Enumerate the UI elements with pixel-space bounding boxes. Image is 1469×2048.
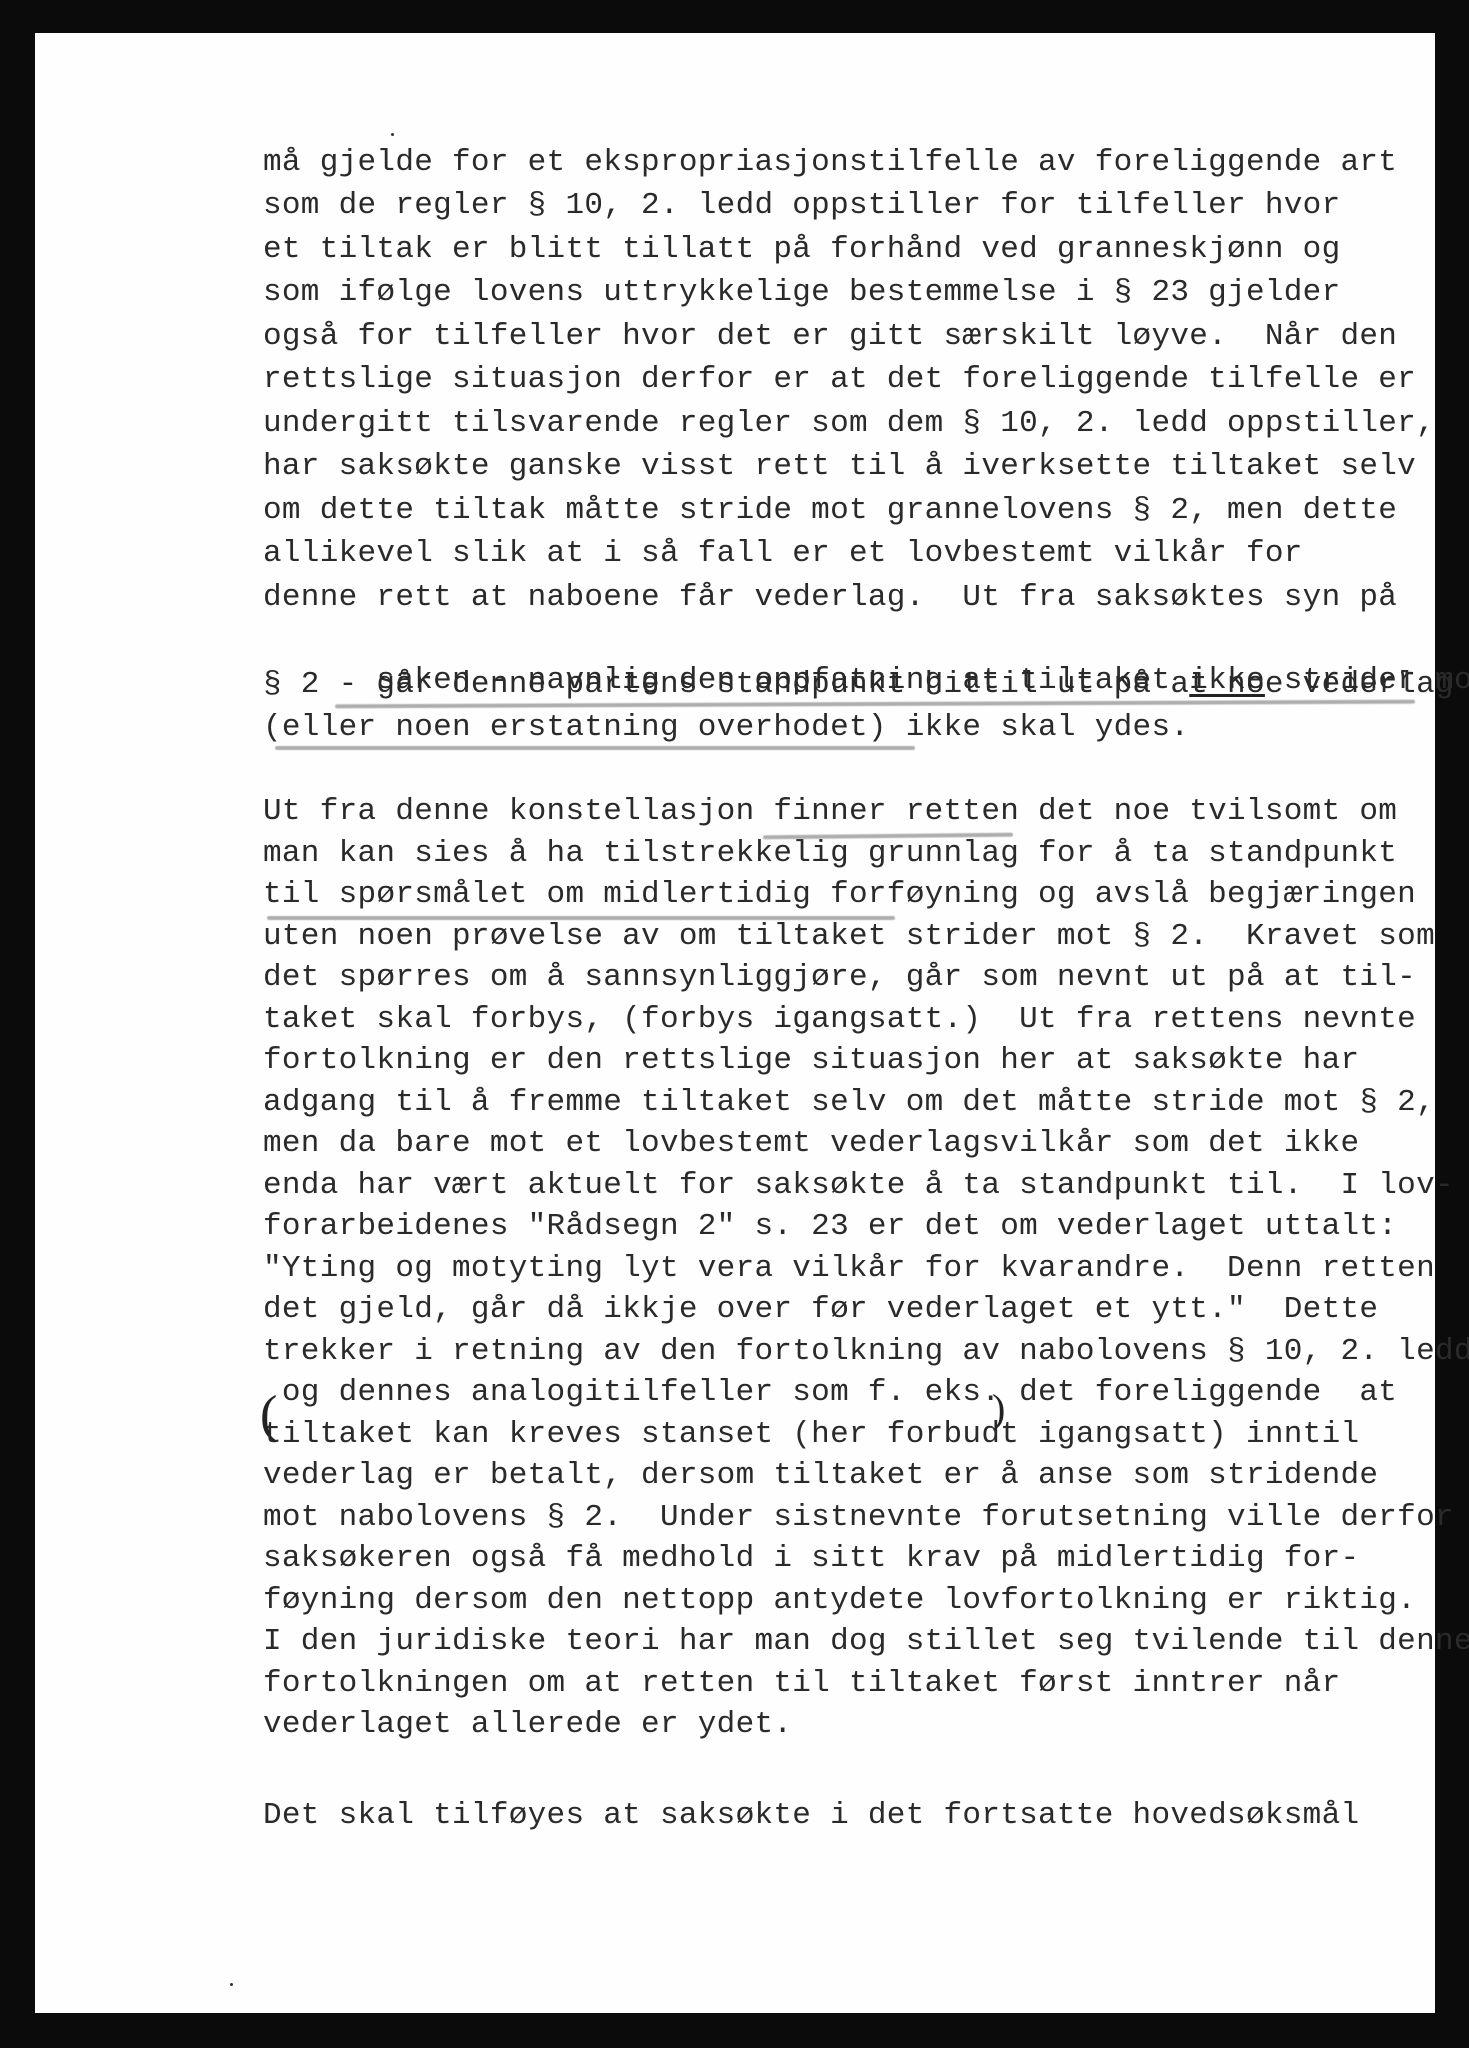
text-line: mot nabolovens § 2. Under sistnevnte for… bbox=[263, 1498, 1454, 1538]
pencil-underline bbox=[267, 916, 895, 920]
text-line: men da bare mot et lovbestemt vederlagsv… bbox=[263, 1124, 1359, 1164]
text-line: I den juridiske teori har man dog stille… bbox=[263, 1622, 1469, 1662]
text-line: allikevel slik at i så fall er et lovbes… bbox=[263, 534, 1303, 574]
text-line: undergitt tilsvarende regler som dem § 1… bbox=[263, 404, 1435, 444]
text-line: vederlag er betalt, dersom tiltaket er å… bbox=[263, 1456, 1378, 1496]
text-line: man kan sies å ha tilstrekkelig grunnlag… bbox=[263, 834, 1397, 874]
text-line: et tiltak er blitt tillatt på forhånd ve… bbox=[263, 230, 1340, 270]
text-line: enda har vært aktuelt for saksøkte å ta … bbox=[263, 1166, 1454, 1206]
text-line: (eller noen erstatning overhodet) ikke s… bbox=[263, 708, 1189, 748]
text-line: har saksøkte ganske visst rett til å ive… bbox=[263, 447, 1416, 487]
paragraph-2: Ut fra denne konstellasjon finner retten… bbox=[263, 792, 339, 1667]
text-line: vederlaget allerede er ydet. bbox=[263, 1705, 792, 1745]
text-line: uten noen prøvelse av om tiltaket stride… bbox=[263, 917, 1435, 957]
text-line: § 2 - går denne partens standpunkt hitti… bbox=[263, 665, 1454, 705]
text-line: som ifølge lovens uttrykkelige bestemmel… bbox=[263, 273, 1340, 313]
text-line: må gjelde for et ekspropriasjonstilfelle… bbox=[263, 143, 1397, 183]
text-line: fortolkning er den rettslige situasjon h… bbox=[263, 1041, 1359, 1081]
text-line: det spørres om å sannsynliggjøre, går so… bbox=[263, 958, 1416, 998]
paragraph-1: må gjelde for et ekspropriasjonstilfelle… bbox=[263, 143, 339, 703]
text-line: og dennes analogitilfeller som f. eks. d… bbox=[263, 1373, 1397, 1413]
stray-mark bbox=[391, 133, 394, 136]
text-line: adgang til å fremme tiltaket selv om det… bbox=[263, 1083, 1435, 1123]
text-line: Ut fra denne konstellasjon finner retten… bbox=[263, 792, 1397, 832]
text-line: trekker i retning av den fortolkning av … bbox=[263, 1332, 1469, 1372]
text-line: også for tilfeller hvor det er gitt særs… bbox=[263, 317, 1397, 357]
pencil-open-parenthesis: ( bbox=[260, 1385, 277, 1444]
text-line: fortolkningen om at retten til tiltaket … bbox=[263, 1664, 1340, 1704]
pencil-close-parenthesis: ) bbox=[992, 1385, 1005, 1432]
text-line: saken - navnlig den oppfatning at tiltak… bbox=[263, 621, 1469, 661]
text-line: det gjeld, går då ikkje over før vederla… bbox=[263, 1290, 1378, 1330]
stray-mark bbox=[230, 1983, 233, 1986]
text-line: som de regler § 10, 2. ledd oppstiller f… bbox=[263, 186, 1340, 226]
text-line: taket skal forbys, (forbys igangsatt.) U… bbox=[263, 1000, 1416, 1040]
text-line: rettslige situasjon derfor er at det for… bbox=[263, 360, 1416, 400]
text-line: til spørsmålet om midlertidig forføyning… bbox=[263, 875, 1416, 915]
text-line: føyning dersom den nettopp antydete lovf… bbox=[263, 1581, 1416, 1621]
pencil-underline bbox=[275, 746, 915, 750]
document-page: må gjelde for et ekspropriasjonstilfelle… bbox=[35, 33, 1435, 2013]
text-line: forarbeidenes "Rådsegn 2" s. 23 er det o… bbox=[263, 1207, 1397, 1247]
text-line: om dette tiltak måtte stride mot grannel… bbox=[263, 491, 1397, 531]
text-line: tiltaket kan kreves stanset (her forbudt… bbox=[263, 1415, 1359, 1455]
text-line: saksøkeren også få medhold i sitt krav p… bbox=[263, 1539, 1359, 1579]
text-line: Det skal tilføyes at saksøkte i det fort… bbox=[263, 1796, 1359, 1836]
text-line: denne rett at naboene får vederlag. Ut f… bbox=[263, 578, 1397, 618]
text-line: "Yting og motyting lyt vera vilkår for k… bbox=[263, 1249, 1435, 1289]
paragraph-3: Det skal tilføyes at saksøkte i det fort… bbox=[263, 1796, 339, 1901]
